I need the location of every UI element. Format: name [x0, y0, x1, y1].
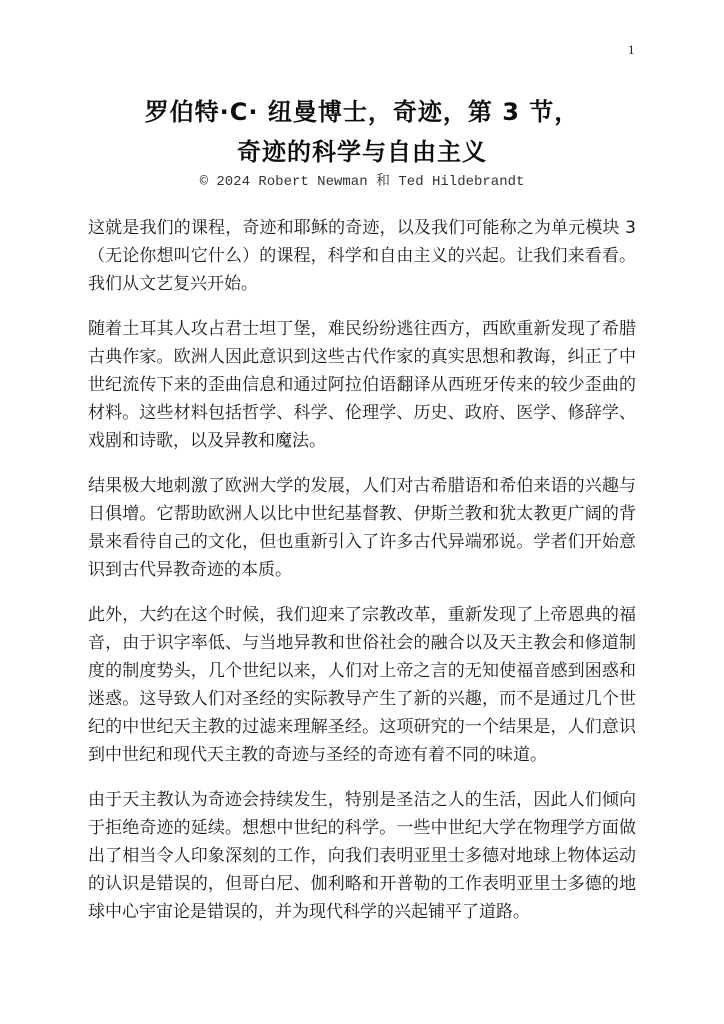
- body-text: 这就是我们的课程，奇迹和耶稣的奇迹，以及我们可能称之为单元模块 3（无论你想叫它…: [88, 214, 636, 943]
- copyright-line: © 2024 Robert Newman 和 Ted Hildebrandt: [0, 172, 724, 192]
- title-line-2: 奇迹的科学与自由主义: [0, 132, 724, 172]
- paragraph-3: 结果极大地刺激了欧洲大学的发展，人们对古希腊语和希伯来语的兴趣与日俱增。它帮助欧…: [88, 472, 636, 584]
- document-page: 1 罗伯特·C· 纽曼博士，奇迹，第 3 节， 奇迹的科学与自由主义 © 202…: [0, 0, 724, 1024]
- paragraph-1: 这就是我们的课程，奇迹和耶稣的奇迹，以及我们可能称之为单元模块 3（无论你想叫它…: [88, 214, 636, 298]
- paragraph-4: 此外，大约在这个时候，我们迎来了宗教改革，重新发现了上帝恩典的福音，由于识字率低…: [88, 601, 636, 769]
- page-number: 1: [628, 42, 635, 58]
- title-line-1: 罗伯特·C· 纽曼博士，奇迹，第 3 节，: [0, 92, 724, 132]
- paragraph-5: 由于天主教认为奇迹会持续发生，特别是圣洁之人的生活，因此人们倾向于拒绝奇迹的延续…: [88, 786, 636, 926]
- paragraph-2: 随着土耳其人攻占君士坦丁堡，难民纷纷逃往西方，西欧重新发现了希腊古典作家。欧洲人…: [88, 315, 636, 455]
- title-block: 罗伯特·C· 纽曼博士，奇迹，第 3 节， 奇迹的科学与自由主义 © 2024 …: [0, 92, 724, 192]
